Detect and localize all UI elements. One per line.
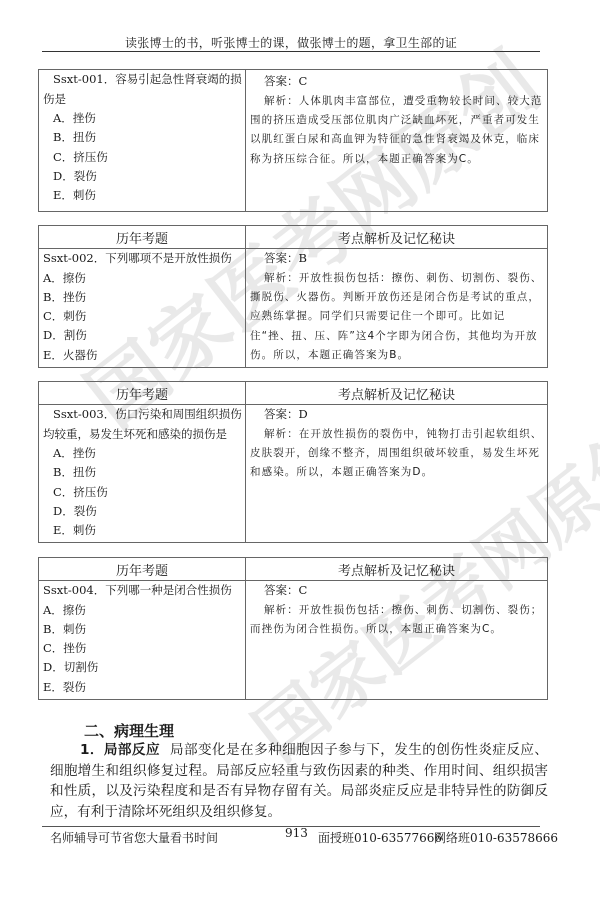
option-b: B．刺伤 (39, 620, 245, 639)
option-a: A．擦伤 (39, 601, 245, 620)
option-e: E．火器伤 (39, 346, 245, 365)
paragraph-lead: 1．局部反应 (50, 742, 160, 758)
table-row: Ssxt-001．容易引起急性肾衰竭的损 伤是 A．挫伤 B．扭伤 C．挤压伤 … (39, 70, 548, 212)
question-stem: Ssxt-004．下列哪一种是闭合性损伤 (39, 581, 245, 601)
option-d: D．割伤 (39, 326, 245, 345)
table-row: Ssxt-002．下列哪项不是开放性损伤 A．擦伤 B．挫伤 C．刺伤 D．割伤… (39, 249, 548, 368)
explanation: 解析：在开放性损伤的裂伤中，钝物打击引起软组织、皮肤裂开，创缘不整齐，周围组织破… (246, 425, 547, 483)
answer: 答案：C (246, 70, 547, 92)
option-a: A．擦伤 (39, 269, 245, 288)
answer-cell: 答案：D 解析：在开放性损伤的裂伤中，钝物打击引起软组织、皮肤裂开，创缘不整齐，… (246, 405, 548, 543)
question-table-3: 历年考题 考点解析及记忆秘诀 Ssxt-003．伤口污染和周围组织损伤 均较重，… (38, 381, 548, 543)
option-e: E．刺伤 (39, 186, 245, 205)
answer-cell: 答案：C 解析：人体肌肉丰富部位，遭受重物较长时间、较大范围的挤压造成受压部位肌… (246, 70, 548, 212)
question-stem-cont: 伤是 (39, 90, 245, 110)
footer-tagline: 名师辅导可节省您大量看书时间 (50, 829, 218, 846)
answer: 答案：B (246, 249, 547, 269)
question-stem: Ssxt-001．容易引起急性肾衰竭的损 (39, 70, 245, 90)
page-number: 913 (285, 826, 308, 840)
option-e: E．裂伤 (39, 678, 245, 697)
explanation: 解析：开放性损伤包括：擦伤、刺伤、切割伤、裂伤；而挫伤为闭合性损伤。所以，本题正… (246, 601, 547, 640)
page-header: 读张博士的书，听张博士的课，做张博士的题，拿卫生部的证 (42, 34, 540, 51)
explanation: 解析：开放性损伤包括：擦伤、刺伤、切割伤、裂伤、撕脱伤、火器伤。判断开放伤还是闭… (246, 269, 547, 366)
answer-cell: 答案：B 解析：开放性损伤包括：擦伤、刺伤、切割伤、裂伤、撕脱伤、火器伤。判断开… (246, 249, 548, 368)
explanation: 解析：人体肌肉丰富部位，遭受重物较长时间、较大范围的挤压造成受压部位肌肉广泛缺血… (246, 92, 547, 170)
header-analysis: 考点解析及记忆秘诀 (246, 382, 548, 405)
answer: 答案：D (246, 405, 547, 425)
question-table-4: 历年考题 考点解析及记忆秘诀 Ssxt-004．下列哪一种是闭合性损伤 A．擦伤… (38, 557, 548, 700)
option-e: E．刺伤 (39, 521, 245, 540)
option-c: C．挤压伤 (39, 483, 245, 502)
question-stem: Ssxt-002．下列哪项不是开放性损伤 (39, 249, 245, 269)
question-cell: Ssxt-002．下列哪项不是开放性损伤 A．擦伤 B．挫伤 C．刺伤 D．割伤… (39, 249, 246, 368)
question-cell: Ssxt-001．容易引起急性肾衰竭的损 伤是 A．挫伤 B．扭伤 C．挤压伤 … (39, 70, 246, 212)
option-d: D．切割伤 (39, 658, 245, 677)
header-divider (42, 51, 540, 52)
table-row: Ssxt-004．下列哪一种是闭合性损伤 A．擦伤 B．刺伤 C．挫伤 D．切割… (39, 581, 548, 700)
header-analysis: 考点解析及记忆秘诀 (246, 558, 548, 581)
question-stem: Ssxt-003．伤口污染和周围组织损伤 (39, 405, 245, 425)
table-header-row: 历年考题 考点解析及记忆秘诀 (39, 226, 548, 249)
header-analysis: 考点解析及记忆秘诀 (246, 226, 548, 249)
option-d: D．裂伤 (39, 502, 245, 521)
online-class-phone: 网络班010-63578666 (434, 829, 558, 846)
option-d: D．裂伤 (39, 167, 245, 186)
header-past-questions: 历年考题 (39, 382, 246, 405)
option-a: A．挫伤 (39, 444, 245, 463)
option-b: B．挫伤 (39, 288, 245, 307)
table-header-row: 历年考题 考点解析及记忆秘诀 (39, 382, 548, 405)
question-cell: Ssxt-004．下列哪一种是闭合性损伤 A．擦伤 B．刺伤 C．挫伤 D．切割… (39, 581, 246, 700)
option-b: B．扭伤 (39, 128, 245, 147)
option-b: B．扭伤 (39, 463, 245, 482)
question-table-1: Ssxt-001．容易引起急性肾衰竭的损 伤是 A．挫伤 B．扭伤 C．挤压伤 … (38, 69, 548, 212)
option-c: C．刺伤 (39, 307, 245, 326)
question-table-2: 历年考题 考点解析及记忆秘诀 Ssxt-002．下列哪项不是开放性损伤 A．擦伤… (38, 225, 548, 368)
option-a: A．挫伤 (39, 109, 245, 128)
option-c: C．挫伤 (39, 639, 245, 658)
section-paragraph: 1．局部反应局部变化是在多种细胞因子参与下，发生的创伤性炎症反应、细胞增生和组织… (50, 740, 548, 822)
table-row: Ssxt-003．伤口污染和周围组织损伤 均较重，易发生坏死和感染的损伤是 A．… (39, 405, 548, 543)
header-past-questions: 历年考题 (39, 558, 246, 581)
answer-cell: 答案：C 解析：开放性损伤包括：擦伤、刺伤、切割伤、裂伤；而挫伤为闭合性损伤。所… (246, 581, 548, 700)
table-header-row: 历年考题 考点解析及记忆秘诀 (39, 558, 548, 581)
option-c: C．挤压伤 (39, 148, 245, 167)
question-cell: Ssxt-003．伤口污染和周围组织损伤 均较重，易发生坏死和感染的损伤是 A．… (39, 405, 246, 543)
question-stem-cont: 均较重，易发生坏死和感染的损伤是 (39, 425, 245, 445)
in-person-class-phone: 面授班010-63577666 (318, 829, 442, 846)
section-title: 二、病理生理 (84, 720, 174, 741)
answer: 答案：C (246, 581, 547, 601)
header-past-questions: 历年考题 (39, 226, 246, 249)
